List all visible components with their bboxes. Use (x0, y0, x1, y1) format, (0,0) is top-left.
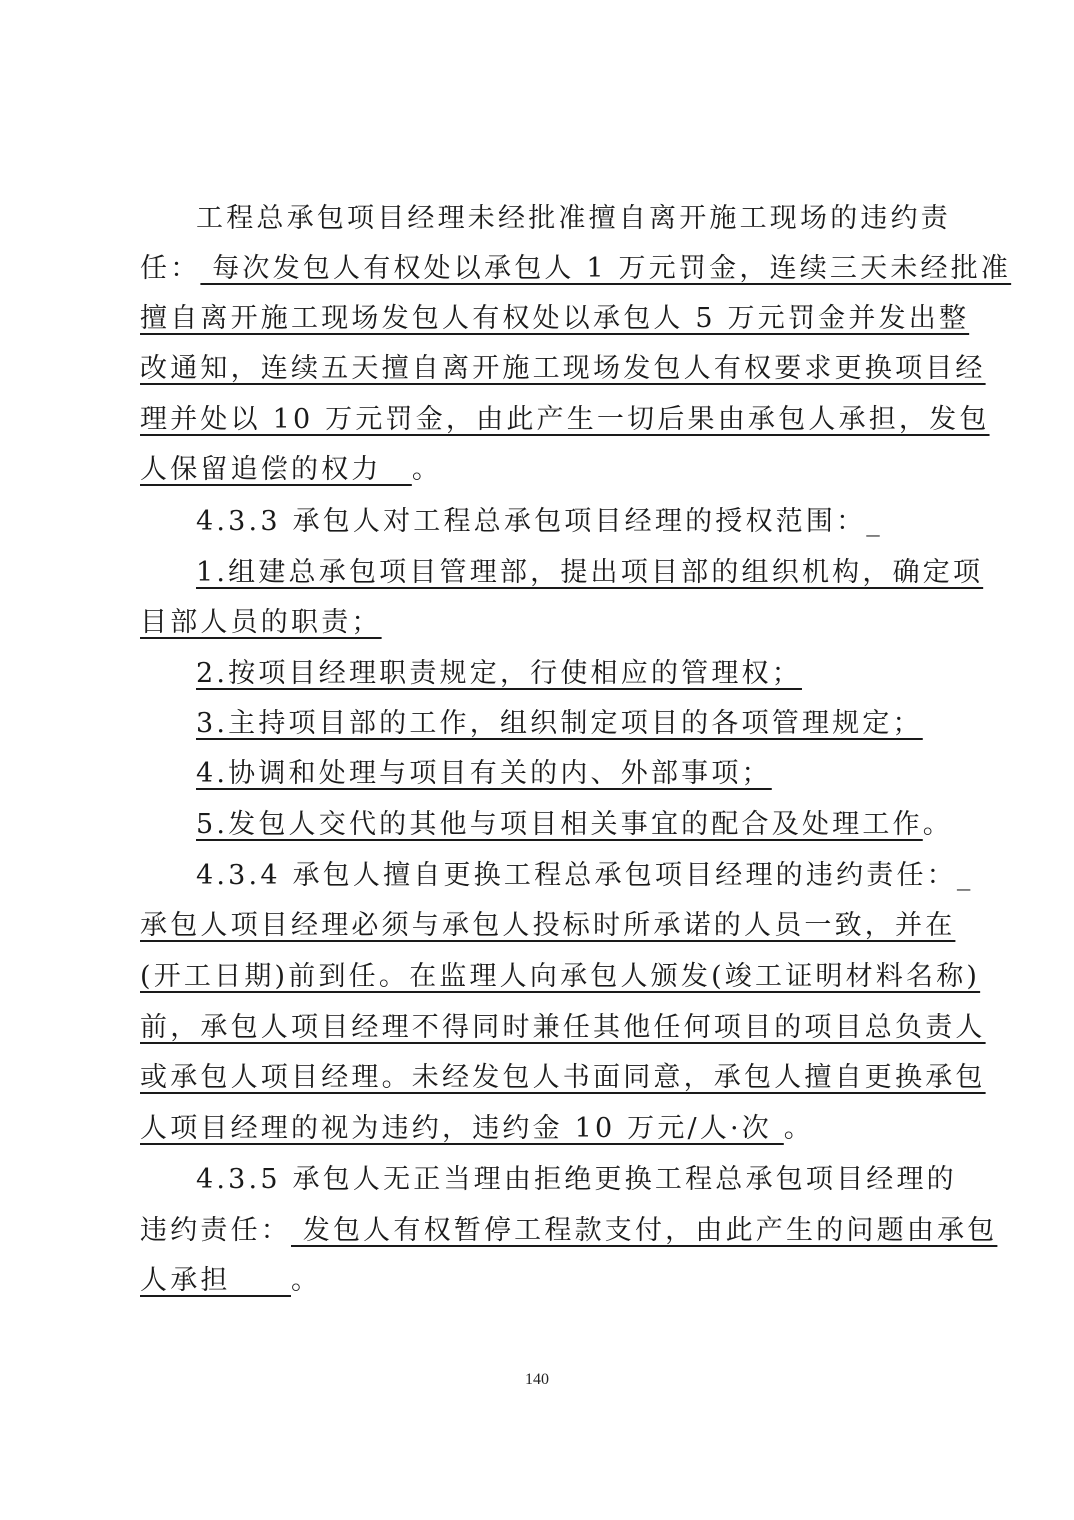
list-item-5: 5.发包人交代的其他与项目相关事宜的配合及处理工作。 (196, 805, 936, 845)
filled-blank-text: 人保留追偿的权力 (140, 454, 412, 485)
paragraph-text: 违约责任： (140, 1215, 291, 1246)
list-item-1-continued: 目部人员的职责； (140, 603, 936, 643)
page-number: 140 (0, 1371, 1074, 1389)
period: 。 (784, 1113, 814, 1144)
paragraph-line: 人项目经理的视为违约，违约金 10 万元/人·次 。 (140, 1109, 936, 1149)
paragraph-line: 人承担 。 (140, 1261, 936, 1301)
filled-blank-line: 改通知，连续五天擅自离开施工现场发包人有权要求更换项目经 (140, 349, 936, 389)
filled-blank-text: 人承担 (140, 1265, 291, 1296)
list-item-4: 4.协调和处理与项目有关的内、外部事项； (196, 754, 936, 794)
section-heading-4-3-5: 4.3.5 承包人无正当理由拒绝更换工程总承包项目经理的 (196, 1160, 936, 1200)
list-item-text: 3.主持项目部的工作，组织制定项目的各项管理规定； (196, 708, 923, 739)
period: 。 (412, 454, 442, 485)
list-item-3: 3.主持项目部的工作，组织制定项目的各项管理规定； (196, 704, 936, 744)
filled-blank-line: 理并处以 10 万元罚金，由此产生一切后果由承包人承担，发包 (140, 400, 936, 440)
filled-blank-line: 前，承包人项目经理不得同时兼任其他任何项目的项目总负责人 (140, 1008, 936, 1048)
document-page: 工程总承包项目经理未经批准擅自离开施工现场的违约责 任： 每次发包人有权处以承包… (0, 0, 1074, 1520)
filled-blank-line: 擅自离开施工现场发包人有权处以承包人 5 万元罚金并发出整 (140, 299, 936, 339)
filled-blank-text: 发包人有权暂停工程款支付，由此产生的问题由承包 (291, 1215, 997, 1246)
filled-blank-line: 或承包人项目经理。未经发包人书面同意，承包人擅自更换承包 (140, 1058, 936, 1098)
list-item-text: 5.发包人交代的其他与项目相关事宜的配合及处理工作 (196, 809, 923, 840)
list-item-1: 1.组建总承包项目管理部，提出项目部的组织机构，确定项 (196, 553, 936, 593)
list-item-text: 目部人员的职责； (140, 607, 382, 638)
paragraph-line: 工程总承包项目经理未经批准擅自离开施工现场的违约责 (196, 199, 936, 239)
period: 。 (291, 1265, 321, 1296)
filled-blank-text: 每次发包人有权处以承包人 1 万元罚金，连续三天未经批准 (200, 253, 1011, 284)
paragraph-text: 任： (140, 253, 200, 284)
filled-blank-line: 承包人项目经理必须与承包人投标时所承诺的人员一致，并在 (140, 906, 936, 946)
filled-blank-text: 人项目经理的视为违约，违约金 10 万元/人·次 (140, 1113, 784, 1144)
list-item-2: 2.按项目经理职责规定，行使相应的管理权； (196, 654, 936, 694)
period: 。 (923, 809, 953, 840)
filled-blank-line: (开工日期)前到任。在监理人向承包人颁发(竣工证明材料名称) (140, 957, 936, 997)
section-heading-4-3-4: 4.3.4 承包人擅自更换工程总承包项目经理的违约责任：_ (196, 856, 936, 896)
section-heading-4-3-3: 4.3.3 承包人对工程总承包项目经理的授权范围：_ (196, 502, 936, 542)
paragraph-text: 工程总承包项目经理未经批准擅自离开施工现场的违约责 (196, 203, 951, 234)
paragraph-line: 违约责任： 发包人有权暂停工程款支付，由此产生的问题由承包 (140, 1211, 936, 1251)
list-item-text: 2.按项目经理职责规定，行使相应的管理权； (196, 658, 802, 689)
list-item-text: 4.协调和处理与项目有关的内、外部事项； (196, 758, 772, 789)
paragraph-line: 人保留追偿的权力 。 (140, 450, 936, 490)
paragraph-line: 任： 每次发包人有权处以承包人 1 万元罚金，连续三天未经批准 (140, 249, 936, 289)
